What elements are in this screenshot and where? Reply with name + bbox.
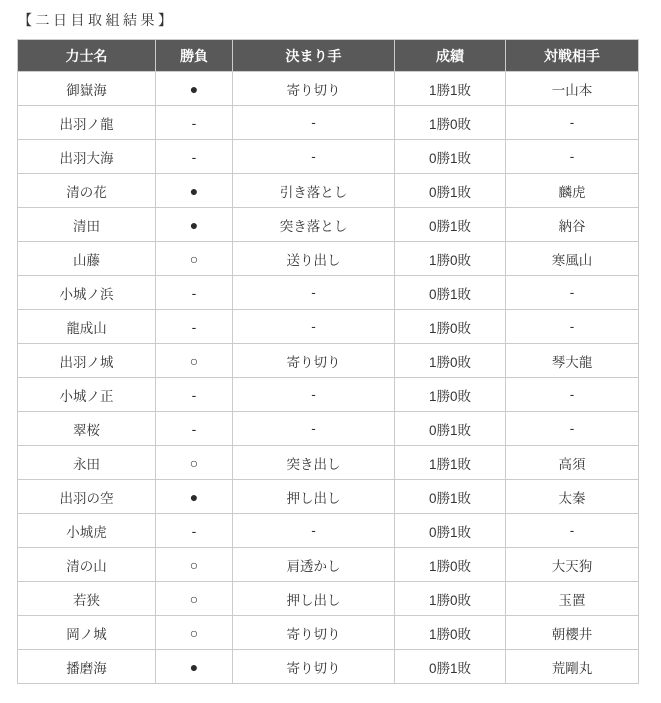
wrestler-name-cell: 永田 xyxy=(18,446,156,480)
table-row: 出羽ノ城○寄り切り1勝0敗琴大龍 xyxy=(18,344,639,378)
opponent-cell: 荒剛丸 xyxy=(506,650,639,684)
table-body: 御嶽海●寄り切り1勝1敗一山本出羽ノ龍--1勝0敗-出羽大海--0勝1敗-清の花… xyxy=(18,72,639,684)
technique-cell: 押し出し xyxy=(233,480,395,514)
wrestler-name-cell: 岡ノ城 xyxy=(18,616,156,650)
result-mark-cell: ○ xyxy=(156,582,233,616)
record-cell: 0勝1敗 xyxy=(395,174,506,208)
technique-cell: - xyxy=(233,276,395,310)
technique-cell: - xyxy=(233,514,395,548)
page-title: 【二日目取組結果】 xyxy=(18,10,661,30)
opponent-cell: 琴大龍 xyxy=(506,344,639,378)
opponent-cell: - xyxy=(506,378,639,412)
technique-cell: 突き出し xyxy=(233,446,395,480)
table-row: 御嶽海●寄り切り1勝1敗一山本 xyxy=(18,72,639,106)
opponent-cell: - xyxy=(506,514,639,548)
record-cell: 1勝0敗 xyxy=(395,548,506,582)
wrestler-name-cell: 御嶽海 xyxy=(18,72,156,106)
wrestler-name-cell: 清の山 xyxy=(18,548,156,582)
wrestler-name-cell: 出羽の空 xyxy=(18,480,156,514)
result-mark-cell: - xyxy=(156,514,233,548)
record-cell: 0勝1敗 xyxy=(395,208,506,242)
record-cell: 1勝0敗 xyxy=(395,582,506,616)
wrestler-name-cell: 龍成山 xyxy=(18,310,156,344)
table-row: 出羽ノ龍--1勝0敗- xyxy=(18,106,639,140)
result-mark-cell: - xyxy=(156,140,233,174)
column-header-result-mark: 勝負 xyxy=(156,40,233,72)
result-mark-cell: ○ xyxy=(156,548,233,582)
technique-cell: - xyxy=(233,378,395,412)
opponent-cell: 玉置 xyxy=(506,582,639,616)
wrestler-name-cell: 出羽ノ城 xyxy=(18,344,156,378)
table-row: 清田●突き落とし0勝1敗納谷 xyxy=(18,208,639,242)
wrestler-name-cell: 播磨海 xyxy=(18,650,156,684)
wrestler-name-cell: 若狭 xyxy=(18,582,156,616)
result-mark-cell: ○ xyxy=(156,242,233,276)
opponent-cell: 納谷 xyxy=(506,208,639,242)
record-cell: 1勝1敗 xyxy=(395,72,506,106)
wrestler-name-cell: 小城虎 xyxy=(18,514,156,548)
wrestler-name-cell: 出羽大海 xyxy=(18,140,156,174)
column-header-technique: 決まり手 xyxy=(233,40,395,72)
record-cell: 1勝1敗 xyxy=(395,446,506,480)
result-mark-cell: - xyxy=(156,310,233,344)
result-mark-cell: ○ xyxy=(156,344,233,378)
table-row: 小城ノ正--1勝0敗- xyxy=(18,378,639,412)
technique-cell: 引き落とし xyxy=(233,174,395,208)
record-cell: 1勝0敗 xyxy=(395,616,506,650)
opponent-cell: 太秦 xyxy=(506,480,639,514)
table-row: 播磨海●寄り切り0勝1敗荒剛丸 xyxy=(18,650,639,684)
table-row: 若狭○押し出し1勝0敗玉置 xyxy=(18,582,639,616)
result-mark-cell: - xyxy=(156,276,233,310)
record-cell: 0勝1敗 xyxy=(395,650,506,684)
table-row: 出羽大海--0勝1敗- xyxy=(18,140,639,174)
wrestler-name-cell: 出羽ノ龍 xyxy=(18,106,156,140)
technique-cell: 寄り切り xyxy=(233,650,395,684)
record-cell: 0勝1敗 xyxy=(395,514,506,548)
table-row: 清の山○肩透かし1勝0敗大天狗 xyxy=(18,548,639,582)
table-row: 岡ノ城○寄り切り1勝0敗朝櫻井 xyxy=(18,616,639,650)
result-mark-cell: ● xyxy=(156,208,233,242)
result-mark-cell: ● xyxy=(156,174,233,208)
technique-cell: 送り出し xyxy=(233,242,395,276)
result-mark-cell: ● xyxy=(156,650,233,684)
record-cell: 0勝1敗 xyxy=(395,480,506,514)
wrestler-name-cell: 清の花 xyxy=(18,174,156,208)
column-header-wrestler-name: 力士名 xyxy=(18,40,156,72)
record-cell: 1勝0敗 xyxy=(395,344,506,378)
opponent-cell: 寒風山 xyxy=(506,242,639,276)
record-cell: 1勝0敗 xyxy=(395,106,506,140)
opponent-cell: 一山本 xyxy=(506,72,639,106)
opponent-cell: 朝櫻井 xyxy=(506,616,639,650)
table-row: 龍成山--1勝0敗- xyxy=(18,310,639,344)
column-header-opponent: 対戦相手 xyxy=(506,40,639,72)
table-header-row: 力士名勝負決まり手成績対戦相手 xyxy=(18,40,639,72)
technique-cell: 肩透かし xyxy=(233,548,395,582)
technique-cell: 突き落とし xyxy=(233,208,395,242)
wrestler-name-cell: 小城ノ浜 xyxy=(18,276,156,310)
result-mark-cell: - xyxy=(156,106,233,140)
technique-cell: - xyxy=(233,310,395,344)
technique-cell: - xyxy=(233,106,395,140)
record-cell: 1勝0敗 xyxy=(395,378,506,412)
result-mark-cell: ● xyxy=(156,480,233,514)
result-mark-cell: ● xyxy=(156,72,233,106)
table-row: 小城虎--0勝1敗- xyxy=(18,514,639,548)
technique-cell: 寄り切り xyxy=(233,616,395,650)
table-row: 清の花●引き落とし0勝1敗麟虎 xyxy=(18,174,639,208)
wrestler-name-cell: 清田 xyxy=(18,208,156,242)
opponent-cell: - xyxy=(506,276,639,310)
table-row: 山藤○送り出し1勝0敗寒風山 xyxy=(18,242,639,276)
technique-cell: 寄り切り xyxy=(233,72,395,106)
technique-cell: 押し出し xyxy=(233,582,395,616)
result-mark-cell: - xyxy=(156,412,233,446)
technique-cell: - xyxy=(233,140,395,174)
table-row: 永田○突き出し1勝1敗高須 xyxy=(18,446,639,480)
result-mark-cell: ○ xyxy=(156,446,233,480)
table-row: 翠桜--0勝1敗- xyxy=(18,412,639,446)
record-cell: 1勝0敗 xyxy=(395,242,506,276)
table-row: 小城ノ浜--0勝1敗- xyxy=(18,276,639,310)
column-header-record: 成績 xyxy=(395,40,506,72)
technique-cell: - xyxy=(233,412,395,446)
opponent-cell: - xyxy=(506,412,639,446)
record-cell: 0勝1敗 xyxy=(395,140,506,174)
table-row: 出羽の空●押し出し0勝1敗太秦 xyxy=(18,480,639,514)
match-results-table: 力士名勝負決まり手成績対戦相手 御嶽海●寄り切り1勝1敗一山本出羽ノ龍--1勝0… xyxy=(17,39,639,684)
page: 【二日目取組結果】 力士名勝負決まり手成績対戦相手 御嶽海●寄り切り1勝1敗一山… xyxy=(0,0,661,703)
opponent-cell: 大天狗 xyxy=(506,548,639,582)
opponent-cell: 高須 xyxy=(506,446,639,480)
opponent-cell: - xyxy=(506,106,639,140)
record-cell: 1勝0敗 xyxy=(395,310,506,344)
result-mark-cell: - xyxy=(156,378,233,412)
technique-cell: 寄り切り xyxy=(233,344,395,378)
table-header: 力士名勝負決まり手成績対戦相手 xyxy=(18,40,639,72)
record-cell: 0勝1敗 xyxy=(395,276,506,310)
result-mark-cell: ○ xyxy=(156,616,233,650)
wrestler-name-cell: 山藤 xyxy=(18,242,156,276)
wrestler-name-cell: 小城ノ正 xyxy=(18,378,156,412)
opponent-cell: 麟虎 xyxy=(506,174,639,208)
opponent-cell: - xyxy=(506,140,639,174)
wrestler-name-cell: 翠桜 xyxy=(18,412,156,446)
record-cell: 0勝1敗 xyxy=(395,412,506,446)
opponent-cell: - xyxy=(506,310,639,344)
